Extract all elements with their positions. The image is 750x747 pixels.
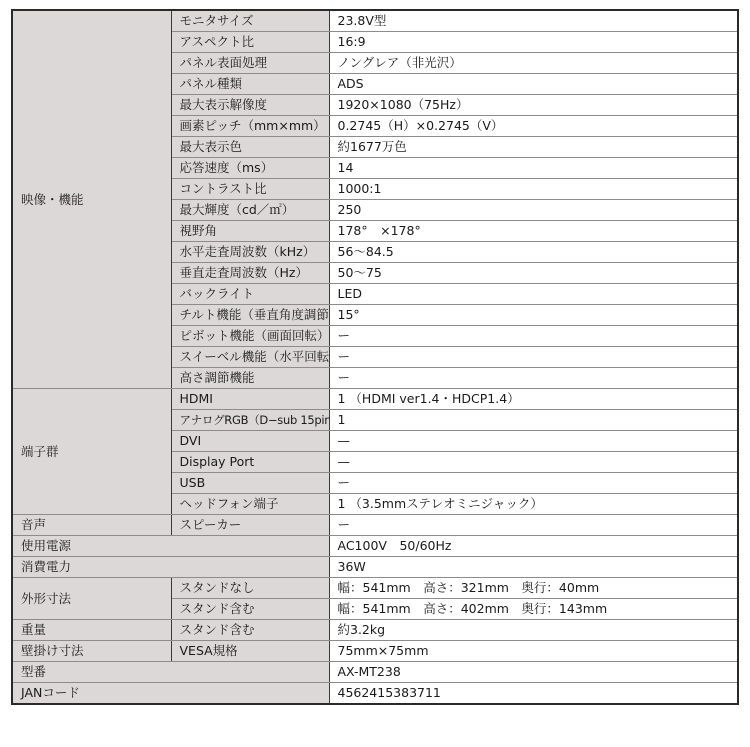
spec-label: 最大輝度（cd／㎡） [171,200,329,221]
spec-label: HDMI [171,389,329,410]
spec-label: ピボット機能（画面回転） [171,326,329,347]
spec-label: 垂直走査周波数（Hz） [171,263,329,284]
spec-value: AX-MT238 [329,662,738,683]
spec-value: 1 [329,410,738,431]
spec-row: 重量 スタンド含む 約3.2kg [12,620,738,641]
spec-row: 音声 スピーカー ー [12,515,738,536]
spec-value: 56～84.5 [329,242,738,263]
spec-row: JANコード 4562415383711 [12,683,738,705]
spec-value: 50～75 [329,263,738,284]
category-jan: JANコード [12,683,329,705]
spec-value: 178° ×178° [329,221,738,242]
category-ports: 端子群 [12,389,171,515]
spec-label: USB [171,473,329,494]
spec-row: 端子群 HDMI 1 （HDMI ver1.4・HDCP1.4） [12,389,738,410]
spec-label: Display Port [171,452,329,473]
spec-label: スタンド含む [171,620,329,641]
category-model: 型番 [12,662,329,683]
spec-value: ー [329,473,738,494]
spec-value: 16:9 [329,32,738,53]
spec-value: ー [329,515,738,536]
spec-row: 映像・機能 モニタサイズ 23.8V型 [12,10,738,32]
spec-value: 1920×1080（75Hz） [329,95,738,116]
spec-value: ー [329,326,738,347]
spec-label: スピーカー [171,515,329,536]
spec-row: 型番 AX-MT238 [12,662,738,683]
spec-value: 0.2745（H）×0.2745（V） [329,116,738,137]
spec-label: DVI [171,431,329,452]
category-power-supply: 使用電源 [12,536,329,557]
spec-label: VESA規格 [171,641,329,662]
spec-value: 250 [329,200,738,221]
spec-row: 消費電力 36W [12,557,738,578]
spec-table: 映像・機能 モニタサイズ 23.8V型 アスペクト比16:9 パネル表面処理ノン… [11,9,739,705]
spec-label: アナログRGB（D−sub 15pin） [171,410,329,431]
category-weight: 重量 [12,620,171,641]
spec-value: 幅：541mm 高さ：321mm 奥行：40mm [329,578,738,599]
spec-value: 幅：541mm 高さ：402mm 奥行：143mm [329,599,738,620]
spec-value: ノングレア（非光沢） [329,53,738,74]
spec-value: 約3.2kg [329,620,738,641]
spec-value: ADS [329,74,738,95]
spec-label: 水平走査周波数（kHz） [171,242,329,263]
spec-label: 高さ調節機能 [171,368,329,389]
spec-value: ー [329,368,738,389]
spec-value: 15° [329,305,738,326]
spec-label: 最大表示解像度 [171,95,329,116]
spec-label: スイーベル機能（水平回転） [171,347,329,368]
spec-label: スタンドなし [171,578,329,599]
spec-label: ヘッドフォン端子 [171,494,329,515]
category-audio: 音声 [12,515,171,536]
spec-label: スタンド含む [171,599,329,620]
spec-label: パネル表面処理 [171,53,329,74]
spec-row: 外形寸法 スタンドなし 幅：541mm 高さ：321mm 奥行：40mm [12,578,738,599]
category-video: 映像・機能 [12,10,171,389]
spec-value: 23.8V型 [329,10,738,32]
spec-row: 壁掛け寸法 VESA規格 75mm×75mm [12,641,738,662]
spec-value: AC100V 50/60Hz [329,536,738,557]
spec-label: 最大表示色 [171,137,329,158]
spec-value: 75mm×75mm [329,641,738,662]
spec-label: コントラスト比 [171,179,329,200]
spec-value: LED [329,284,738,305]
spec-table-body: 映像・機能 モニタサイズ 23.8V型 アスペクト比16:9 パネル表面処理ノン… [12,10,738,704]
spec-label: 視野角 [171,221,329,242]
category-power-consumption: 消費電力 [12,557,329,578]
spec-value: ー [329,347,738,368]
spec-value: 1 （HDMI ver1.4・HDCP1.4） [329,389,738,410]
spec-value: 4562415383711 [329,683,738,705]
spec-value: — [329,431,738,452]
spec-label: バックライト [171,284,329,305]
spec-value: 1000:1 [329,179,738,200]
spec-value: — [329,452,738,473]
spec-label: モニタサイズ [171,10,329,32]
spec-value: 36W [329,557,738,578]
category-wall-mount: 壁掛け寸法 [12,641,171,662]
spec-value: 14 [329,158,738,179]
spec-label: パネル種類 [171,74,329,95]
spec-label: 画素ピッチ（mm×mm） [171,116,329,137]
category-dimensions: 外形寸法 [12,578,171,620]
spec-value: 約1677万色 [329,137,738,158]
spec-value: 1 （3.5mmステレオミニジャック） [329,494,738,515]
spec-label: アスペクト比 [171,32,329,53]
spec-label: チルト機能（垂直角度調節） [171,305,329,326]
spec-label: 応答速度（ms） [171,158,329,179]
spec-row: 使用電源 AC100V 50/60Hz [12,536,738,557]
